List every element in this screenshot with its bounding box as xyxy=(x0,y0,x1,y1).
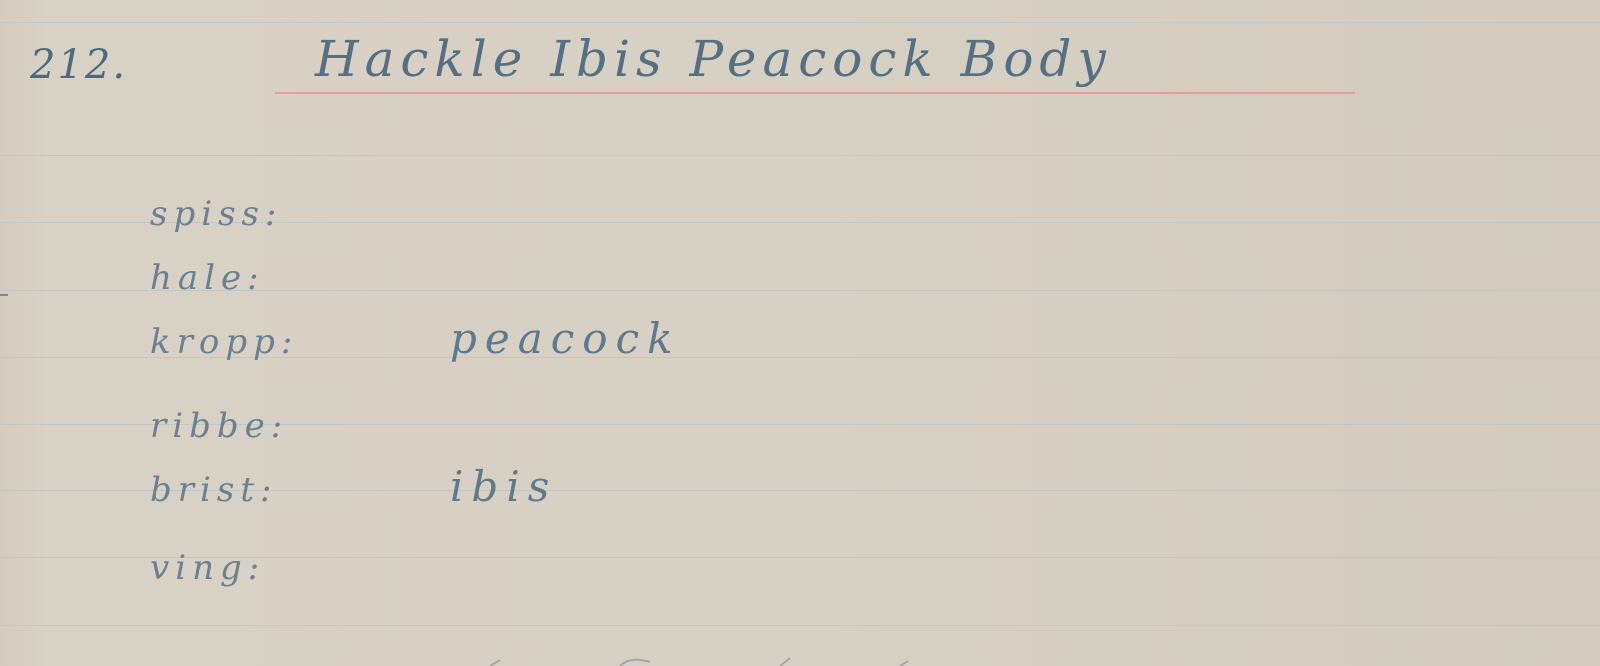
field-ribbe: ribbe: xyxy=(150,398,450,447)
field-label: kropp: xyxy=(150,322,450,362)
field-value: peacock xyxy=(450,314,681,363)
field-ving: ving: xyxy=(150,540,450,589)
title-underline xyxy=(275,92,1355,94)
field-hale: hale: xyxy=(150,250,450,299)
ruling-line xyxy=(0,625,1600,626)
field-label: spiss: xyxy=(150,194,450,234)
page-title: Hackle Ibis Peacock Body xyxy=(315,30,1112,88)
ruling-line xyxy=(0,155,1600,156)
field-value: ibis xyxy=(450,462,557,511)
entry-number: 212. xyxy=(30,42,127,88)
notebook-page: 212. Hackle Ibis Peacock Body spiss: hal… xyxy=(0,0,1600,666)
field-brist: brist:ibis xyxy=(150,462,557,511)
field-label: ribbe: xyxy=(150,406,450,446)
field-kropp: kropp:peacock xyxy=(150,314,681,363)
field-label: brist: xyxy=(150,470,450,510)
ruling-line xyxy=(0,22,1600,23)
margin-mark xyxy=(0,294,8,296)
field-label: ving: xyxy=(150,548,450,588)
field-spiss: spiss: xyxy=(150,186,450,235)
cut-off-handwriting xyxy=(480,652,1080,666)
field-label: hale: xyxy=(150,258,450,298)
